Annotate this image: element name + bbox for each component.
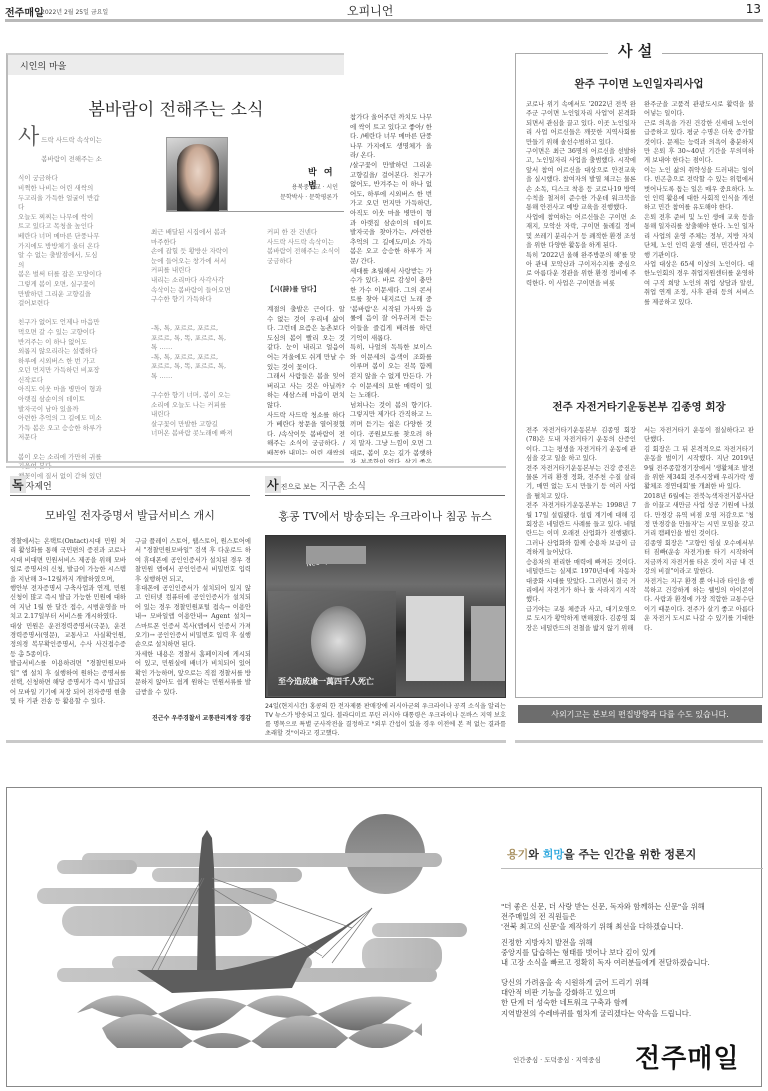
slogan-connector: 와 bbox=[528, 848, 542, 861]
bottom-divider bbox=[6, 740, 506, 743]
page-number: 13 bbox=[746, 2, 761, 16]
editorial-label: 사 설 bbox=[608, 40, 662, 61]
author-affiliation: 용북중학교 · 시인 bbox=[248, 183, 338, 193]
poem-dropcap: 사 bbox=[18, 127, 39, 149]
reader-column-1: 경찰에서는 온택트(Ontact)시대 민원 처리 활성화를 통해 국민편의 증… bbox=[10, 537, 126, 727]
editorial-1-column-2: 완주군을 고품격 관광도시로 활력을 불어넣는 일이다. 근로 의욕을 가진 건… bbox=[644, 100, 754, 390]
editorial-1-column-1: 코로나 위기 속에서도 '2022년 전북 완주군 구이면 노인일자리 사업'이… bbox=[526, 100, 636, 390]
commentary-column-2: 참가다 울어주던 까치도 나무에 싹이 트고 있다고 좋아/ 한다. /베란다 … bbox=[350, 113, 432, 463]
poem-column-1: 사 드락 사드락 속삭이는 봄바람이 전해주는 소식이 궁금하다 비쩍한 나비는… bbox=[18, 127, 102, 481]
ad-logo: 전주매일 bbox=[635, 1038, 739, 1075]
author-photo bbox=[166, 137, 228, 211]
editorial-title-1: 완주 구이면 노인일자리사업 bbox=[516, 76, 762, 91]
tv-person bbox=[311, 606, 366, 676]
reader-column-2: 구글 플레이 스토어, 웹스토어, 원스토어에서 "경찰민원모바일" 검색 후 … bbox=[135, 537, 251, 709]
commentary-label: 【시(詩)를 담다】 bbox=[267, 285, 345, 295]
author-portrait bbox=[177, 144, 219, 212]
masthead-section: 오피니언 bbox=[347, 2, 393, 19]
reader-section-header: 독자제언 bbox=[10, 476, 250, 496]
bottom-divider-right bbox=[515, 740, 763, 743]
author-divider bbox=[166, 211, 344, 212]
news-photo: Neo QLED 至今造成逾一萬四千人死亡 bbox=[265, 535, 506, 698]
tv-subtitle: 至今造成逾一萬四千人死亡 bbox=[278, 676, 374, 687]
tv-screen-top bbox=[306, 546, 366, 564]
masthead-brand: 전주매일 bbox=[5, 4, 44, 19]
advertisement: 용기와 희망을 주는 인간을 위한 정론지 "더 좋은 신문, 더 사랑 받는 … bbox=[6, 787, 762, 1087]
commentary-column-1: 계절의 출발은 근이다. 알 수 없는 것이 우리네 삶이다. 그런데 요즘은 … bbox=[267, 305, 345, 455]
tv-screen-far bbox=[471, 606, 505, 681]
editorial-section: 사 설 완주 구이면 노인일자리사업 코로나 위기 속에서도 '2022년 전북… bbox=[515, 53, 763, 698]
world-photo-label: 지구촌 소식 bbox=[320, 482, 366, 492]
poem-column-3: 커피 한 잔 건넨다 사드락 사드락 속삭이는 봄바람이 전해주는 소식이 궁금… bbox=[267, 228, 345, 266]
masthead: 전주매일 2022년 2월 25일 금요일 오피니언 13 bbox=[5, 2, 763, 22]
slogan-hope: 희망 bbox=[543, 848, 564, 861]
disclaimer-banner: 사외기고는 본보의 편집방향과 다를 수도 있습니다. bbox=[518, 705, 762, 723]
ad-divider bbox=[501, 868, 763, 869]
ad-paragraph-2: 진정한 지방자치 발전을 위해 중앙지를 답습하는 형태를 벗어나 보다 깊이 … bbox=[501, 938, 763, 969]
author-meta: 용북중학교 · 시인 문학박사 · 문학평론가 bbox=[248, 183, 338, 203]
ship-illustration-icon bbox=[32, 808, 472, 1048]
world-photo-caption: 24일(현지시간) 홍콩의 한 전자제품 판매장에 러시아군의 우크라이나 공격… bbox=[265, 702, 506, 738]
poem-column-2: 최근 배달된 시집에서 봄과 마주한다 손에 잡힐 듯 황방산 자락이 눈에 들… bbox=[151, 228, 241, 439]
poem-body-1: 비쩍한 나비는 어린 새싹의 두고리울 가득한 얼굴이 반갑다 오늘도 찌찌는 … bbox=[18, 184, 102, 481]
editorial-2-column-1: 전주 자전거타기운동본부 김종영 회장(78)은 도내 자전거타기 운동의 산증… bbox=[526, 426, 636, 694]
world-photo-title: 홍콩 TV에서 방송되는 우크라이나 침공 뉴스 bbox=[265, 508, 505, 524]
reader-title: 모바일 전자증명서 발급서비스 개시 bbox=[10, 507, 250, 523]
ad-paragraph-1: "더 좋은 신문, 더 사랑 받는 신문, 독자와 함께하는 신문"을 위해 전… bbox=[501, 902, 763, 933]
world-photo-cap: 사 bbox=[265, 476, 281, 493]
reader-section-label: 자제언 bbox=[26, 482, 52, 492]
world-photo-label-small: 진으로 보는 bbox=[281, 483, 317, 491]
editorial-title-2: 전주 자전거타기운동본부 김종영 회장 bbox=[516, 399, 762, 414]
ad-paragraph-3: 당신의 가려움을 속 시원하게 긁어 드리기 위해 대안적 비판 기능을 강화하… bbox=[501, 978, 763, 1019]
editorial-2-column-2: 서는 자전거타기 운동이 절실하다고 판단했다. 김 회장은 그 뒤 본격적으로… bbox=[644, 426, 754, 694]
slogan-courage: 용기 bbox=[507, 848, 528, 861]
masthead-date: 2022년 2월 25일 금요일 bbox=[41, 7, 108, 16]
poet-village-section: 시인의 마을 봄바람이 전해주는 소식 사 드락 사드락 속삭이는 봄바람이 전… bbox=[6, 53, 344, 463]
ad-slogan: 용기와 희망을 주는 인간을 위한 정론지 bbox=[507, 846, 696, 862]
section-divider bbox=[6, 466, 506, 468]
ad-tagline: 인간중심 · 도덕중심 · 지역중심 bbox=[513, 1055, 601, 1064]
reader-section-cap: 독 bbox=[10, 476, 26, 493]
reader-byline: 진근수 우주경찰서 교통관리계장 경감 bbox=[135, 713, 251, 722]
author-credentials: 문학박사 · 문학평론가 bbox=[248, 193, 338, 203]
slogan-rest: 을 주는 인간을 위한 정론지 bbox=[564, 848, 696, 861]
tv-screen-right bbox=[406, 596, 464, 681]
poem-title: 봄바람이 전해주는 소식 bbox=[8, 95, 344, 120]
world-photo-header: 사진으로 보는 지구촌 소식 bbox=[265, 476, 505, 496]
poet-village-header: 시인의 마을 bbox=[8, 55, 344, 75]
